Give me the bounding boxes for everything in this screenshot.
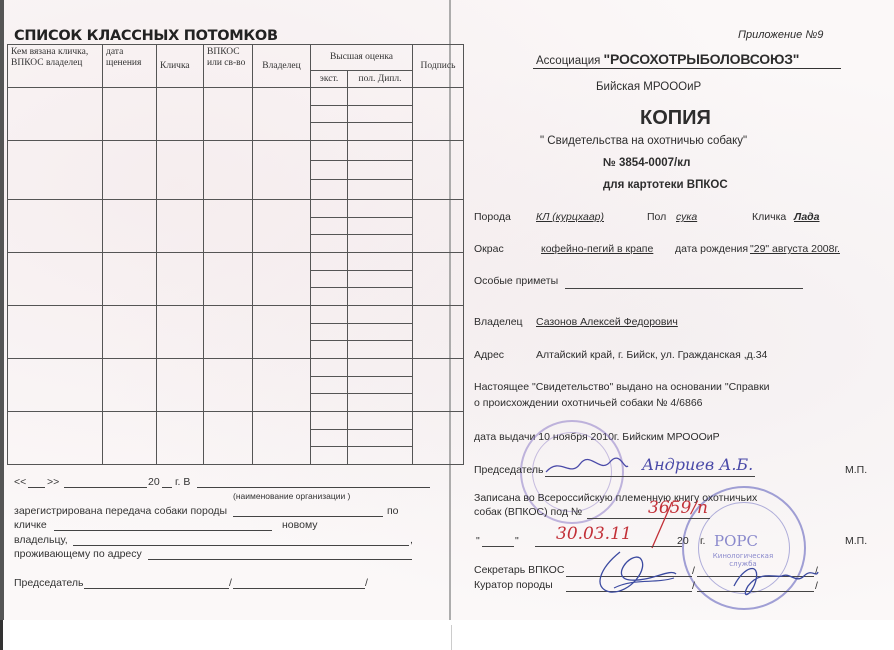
transfer-year-field[interactable] <box>162 487 172 488</box>
birth-value: "29" августа 2008г. <box>750 243 840 255</box>
grade-subcell <box>348 235 412 252</box>
offspring-table: Кем вязана кличка, ВПКОС владелец дата щ… <box>7 44 464 465</box>
grade-subcell <box>348 106 412 124</box>
transfer-chairman-signature-field[interactable] <box>84 588 229 589</box>
year-prefix: 20 <box>677 535 689 547</box>
table-row <box>8 306 464 359</box>
transfer-nickname-label: кличке <box>14 519 47 531</box>
grade-subcell <box>348 123 412 140</box>
color-label: Окрас <box>474 243 504 255</box>
cell-ext[interactable] <box>311 88 348 141</box>
secretary-label: Секретарь ВПКОС <box>474 564 564 576</box>
transfer-breed-field[interactable] <box>233 516 383 517</box>
owner-value: Сазонов Алексей Федорович <box>536 316 678 328</box>
basis-line-1: Настоящее "Свидетельство" выдано на осно… <box>474 381 770 393</box>
grade-subcell <box>311 341 347 358</box>
grade-subcell <box>311 359 347 377</box>
grade-subcell <box>348 180 412 199</box>
cell-ext[interactable] <box>311 412 348 465</box>
association-name: "РОСОХОТРЫБОЛОВСОЮЗ" <box>604 51 800 67</box>
org-hint: (наименование организации ) <box>233 491 350 501</box>
grade-subcell <box>348 324 412 342</box>
red-stroke-mark <box>648 500 678 550</box>
address-label: Адрес <box>474 349 504 361</box>
grade-subcell <box>311 377 347 395</box>
cell-ext[interactable] <box>311 253 348 306</box>
cell-ext[interactable] <box>311 141 348 200</box>
cell-vpkos[interactable] <box>204 200 253 253</box>
table-row <box>8 359 464 412</box>
cell-whelp-date[interactable] <box>103 359 157 412</box>
cell-vpkos[interactable] <box>204 306 253 359</box>
cell-whelp-date[interactable] <box>103 306 157 359</box>
grade-subcell <box>348 430 412 448</box>
registered-day-field[interactable] <box>482 546 514 547</box>
grade-subcell <box>311 123 347 140</box>
transfer-owner-label: владельцу, <box>14 534 68 546</box>
col-bred-by: Кем вязана кличка, ВПКОС владелец <box>8 45 103 88</box>
cell-field-diploma[interactable] <box>348 88 413 141</box>
table-row <box>8 200 464 253</box>
cell-bred-by[interactable] <box>8 306 103 359</box>
marks-label: Особые приметы <box>474 275 558 287</box>
cell-name[interactable] <box>157 88 204 141</box>
grade-subcell <box>311 447 347 464</box>
chairman-signature: Андриев А.Б. <box>642 455 753 474</box>
col-name: Кличка <box>157 45 204 88</box>
col-field-diploma: пол. Дипл. <box>348 71 413 88</box>
registered-line-1: Записана во Всероссийскую племенную книг… <box>474 492 757 504</box>
cell-bred-by[interactable] <box>8 412 103 465</box>
grade-subcell <box>348 306 412 324</box>
cell-name[interactable] <box>157 412 204 465</box>
address-value: Алтайский край, г. Бийск, ул. Гражданска… <box>536 349 767 361</box>
association-heading: Ассоциация "РОСОХОТРЫБОЛОВСОЮЗ" <box>536 51 799 67</box>
cell-vpkos[interactable] <box>204 412 253 465</box>
registered-date: 30.03.11 <box>556 524 632 544</box>
grade-subcell <box>311 430 347 448</box>
cell-name[interactable] <box>157 141 204 200</box>
grade-subcell <box>348 288 412 305</box>
scan-edge <box>0 620 3 650</box>
cell-field-diploma[interactable] <box>348 412 413 465</box>
for-card-label: для картотеки ВПКОС <box>603 179 728 191</box>
cell-ext[interactable] <box>311 359 348 412</box>
cell-field-diploma[interactable] <box>348 359 413 412</box>
cell-whelp-date[interactable] <box>103 141 157 200</box>
cell-signature[interactable] <box>413 306 464 359</box>
cell-vpkos[interactable] <box>204 359 253 412</box>
table-row <box>8 88 464 141</box>
breed-value: КЛ (курцхаар) <box>536 211 604 223</box>
grade-subcell <box>348 218 412 236</box>
col-ext: экст. <box>311 71 348 88</box>
grade-subcell <box>348 141 412 161</box>
stamp-center-text: РОРС <box>714 532 758 550</box>
copy-title: КОПИЯ <box>640 107 711 130</box>
grade-subcell <box>348 412 412 430</box>
cell-bred-by[interactable] <box>8 359 103 412</box>
owner-label: Владелец <box>474 316 523 328</box>
cell-owner[interactable] <box>253 412 311 465</box>
cell-whelp-date[interactable] <box>103 88 157 141</box>
grade-subcell <box>311 288 347 305</box>
certificate-name: " Свидетельства на охотничью собаку" <box>540 135 747 147</box>
sex-label: Пол <box>647 211 666 223</box>
grade-subcell <box>348 377 412 395</box>
grade-subcell <box>311 324 347 342</box>
grade-subcell <box>348 447 412 464</box>
cell-vpkos[interactable] <box>204 141 253 200</box>
cell-vpkos[interactable] <box>204 253 253 306</box>
cell-signature[interactable] <box>413 88 464 141</box>
grade-subcell <box>311 141 347 161</box>
col-vpkos: ВПКОС или св-во <box>204 45 253 88</box>
col-signature: Подпись <box>413 45 464 88</box>
cell-owner[interactable] <box>253 88 311 141</box>
sex-value: сука <box>673 211 697 223</box>
cell-signature[interactable] <box>413 359 464 412</box>
cell-owner[interactable] <box>253 141 311 200</box>
mp-label-1: М.П. <box>845 464 867 476</box>
cell-bred-by[interactable] <box>8 141 103 200</box>
cell-ext[interactable] <box>311 200 348 253</box>
col-whelp-date: дата щенения <box>103 45 157 88</box>
registered-line-2: собак (ВПКОС) под № <box>474 506 582 518</box>
transfer-month-field[interactable] <box>64 487 147 488</box>
year-suffix: г. <box>700 535 705 547</box>
cell-field-diploma[interactable] <box>348 253 413 306</box>
transfer-org-field[interactable] <box>197 487 430 488</box>
grade-subcell <box>311 106 347 124</box>
transfer-address-field[interactable] <box>148 559 412 560</box>
grade-subcell <box>311 200 347 218</box>
certificate-number: № 3854-0007/кл <box>603 157 690 169</box>
quote-close: " <box>515 535 519 547</box>
nickname-label: Кличка <box>752 211 786 223</box>
grade-subcell <box>348 341 412 358</box>
transfer-year-prefix: 20 <box>148 476 160 488</box>
cell-owner[interactable] <box>253 306 311 359</box>
cell-bred-by[interactable] <box>8 200 103 253</box>
grade-subcell <box>311 88 347 106</box>
scan-edge <box>0 0 4 620</box>
grade-subcell <box>348 394 412 411</box>
cell-bred-by[interactable] <box>8 253 103 306</box>
grade-subcell <box>311 235 347 252</box>
breed-label: Порода <box>474 211 511 223</box>
cell-signature[interactable] <box>413 253 464 306</box>
chairman-signature-scribble <box>540 452 630 480</box>
branch-name: Бийская МРОООиР <box>596 81 701 93</box>
cell-signature[interactable] <box>413 141 464 200</box>
nickname-value: Лада <box>788 211 820 223</box>
grade-subcell <box>348 200 412 218</box>
grade-subcell <box>311 394 347 411</box>
transfer-chairman-name-field[interactable] <box>233 588 365 589</box>
transfer-chairman-label: Председатель <box>14 577 84 589</box>
color-value: кофейно-пегий в крапе <box>537 243 653 255</box>
col-owner: Владелец <box>253 45 311 88</box>
cell-name[interactable] <box>157 359 204 412</box>
grade-subcell <box>348 253 412 271</box>
cell-field-diploma[interactable] <box>348 141 413 200</box>
secretary-signature-scribble <box>590 548 680 596</box>
grade-subcell <box>311 306 347 324</box>
table-row <box>8 253 464 306</box>
transfer-owner-field[interactable] <box>73 545 409 546</box>
cell-field-diploma[interactable] <box>348 200 413 253</box>
cell-name[interactable] <box>157 253 204 306</box>
cell-vpkos[interactable] <box>204 88 253 141</box>
mp-label-2: М.П. <box>845 535 867 547</box>
transfer-nickname-field[interactable] <box>54 530 272 531</box>
cell-bred-by[interactable] <box>8 88 103 141</box>
curator-signature-scribble <box>730 556 820 600</box>
cell-whelp-date[interactable] <box>103 253 157 306</box>
cell-whelp-date[interactable] <box>103 200 157 253</box>
grade-subcell <box>311 180 347 199</box>
cell-name[interactable] <box>157 200 204 253</box>
cell-signature[interactable] <box>413 412 464 465</box>
cell-owner[interactable] <box>253 200 311 253</box>
grade-subcell <box>311 218 347 236</box>
cell-signature[interactable] <box>413 200 464 253</box>
page-fold <box>451 625 452 650</box>
birth-label: дата рождения <box>675 243 748 255</box>
basis-line-2: о происхождении охотничьей собаки № 4/68… <box>474 397 703 409</box>
grade-subcell <box>311 161 347 181</box>
transfer-date-close: >> <box>47 476 59 488</box>
col-top-grade: Высшая оценка <box>311 45 413 71</box>
appendix-label: Приложение №9 <box>738 29 823 41</box>
transfer-date-open: << <box>14 476 26 488</box>
grade-subcell <box>311 253 347 271</box>
table-row <box>8 412 464 465</box>
quote-open: " <box>476 535 480 547</box>
cell-owner[interactable] <box>253 359 311 412</box>
grade-subcell <box>311 412 347 430</box>
cell-owner[interactable] <box>253 253 311 306</box>
grade-subcell <box>348 161 412 181</box>
grade-subcell <box>348 359 412 377</box>
curator-label: Куратор породы <box>474 579 553 591</box>
cell-whelp-date[interactable] <box>103 412 157 465</box>
table-row <box>8 141 464 200</box>
new-text: новому <box>282 519 318 531</box>
transfer-address-label: проживающему по адресу <box>14 548 142 560</box>
grade-subcell <box>311 271 347 289</box>
cell-name[interactable] <box>157 306 204 359</box>
offspring-list-title: СПИСОК КЛАССНЫХ ПОТОМКОВ <box>14 28 278 44</box>
registered-text: зарегистрирована передача собаки породы <box>14 505 227 517</box>
grade-subcell <box>348 88 412 106</box>
registered-month-field[interactable] <box>535 546 682 547</box>
po-text: по <box>387 505 399 517</box>
cell-field-diploma[interactable] <box>348 306 413 359</box>
chairman-label: Председатель <box>474 464 544 476</box>
cell-ext[interactable] <box>311 306 348 359</box>
grade-subcell <box>348 271 412 289</box>
transfer-year-suffix: г. В <box>175 476 190 488</box>
marks-field[interactable] <box>565 288 803 289</box>
